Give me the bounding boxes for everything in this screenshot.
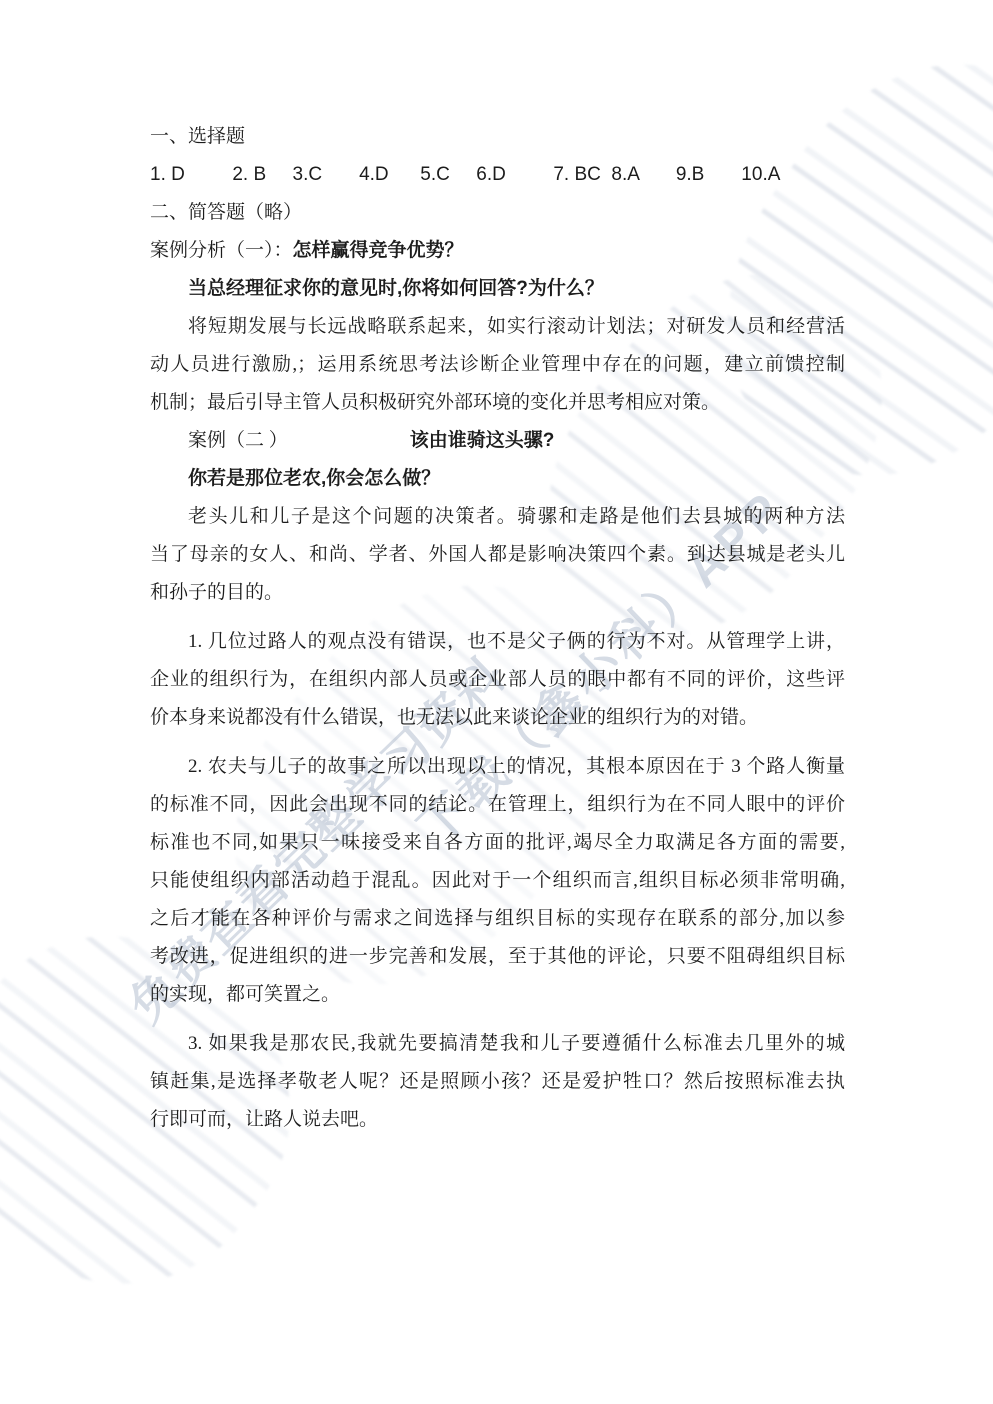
text-run: 价本身来说都没有什么错误，也无法以此来谈论企业的组织行为的对错。 — [150, 707, 758, 728]
text-run: 动人员进行激励,；运用系统思考法诊断企业管理中存在的问题，建立前馈控制 — [150, 354, 845, 375]
text-run: 只能使组织内部活动趋于混乱。因此对于一个组织而言,组织目标必须非常明确, — [150, 870, 845, 891]
body-line: 2. 农夫与儿子的故事之所以出现以上的情况，其根本原因在于 3 个路人衡量 — [150, 748, 845, 786]
text-run: 该由谁骑这头骡? — [410, 430, 555, 451]
text-run: 的标准不同，因此会出现不同的结论。在管理上，组织行为在不同人眼中的评价 — [150, 794, 845, 815]
body-line: 动人员进行激励,；运用系统思考法诊断企业管理中存在的问题，建立前馈控制 — [150, 346, 845, 384]
text-run: 一、选择题 — [150, 126, 245, 147]
body-line: 价本身来说都没有什么错误，也无法以此来谈论企业的组织行为的对错。 — [150, 699, 845, 737]
text-run: 企业的组织行为，在组织内部人员或企业部人员的眼中都有不同的评价，这些评 — [150, 669, 845, 690]
body-line: 考改进，促进组织的进一步完善和发展，至于其他的评论，只要不阻碍组织目标 — [150, 938, 845, 976]
body-line: 老头儿和儿子是这个问题的决策者。骑骡和走路是他们去县城的两种方法 — [150, 498, 845, 536]
text-run: 机制；最后引导主管人员积极研究外部环境的变化并思考相应对策。 — [150, 392, 720, 413]
text-run: 2. 农夫与儿子的故事之所以出现以上的情况，其根本原因在于 3 个路人衡量 — [188, 756, 845, 777]
body-line: 只能使组织内部活动趋于混乱。因此对于一个组织而言,组织目标必须非常明确, — [150, 862, 845, 900]
text-run: 将短期发展与长远战略联系起来，如实行滚动计划法；对研发人员和经营活 — [188, 316, 845, 337]
text-run: 1. D 2. B 3.C 4.D 5.C 6.D 7. BC 8.A 9.B … — [150, 164, 780, 185]
text-run: 行即可而，让路人说去吧。 — [150, 1109, 378, 1130]
text-run: 标准也不同,如果只一味接受来自各方面的批评,竭尽全力取满足各方面的需要, — [150, 832, 845, 853]
body-line: 1. 几位过路人的观点没有错误，也不是父子俩的行为不对。从管理学上讲， — [150, 623, 845, 661]
text-run: 和孙子的目的。 — [150, 582, 283, 603]
case-1-question: 当总经理征求你的意见时,你将如何回答?为什么？ — [150, 270, 845, 308]
text-run: 案例（二 ） — [188, 430, 288, 451]
body-line: 企业的组织行为，在组织内部人员或企业部人员的眼中都有不同的评价，这些评 — [150, 661, 845, 699]
text-run: 你若是那位老农,你会怎么做？ — [188, 468, 440, 489]
body-line: 将短期发展与长远战略联系起来，如实行滚动计划法；对研发人员和经营活 — [150, 308, 845, 346]
case-2-heading: 案例（二 ）该由谁骑这头骡? — [150, 422, 845, 460]
body-line: 之后才能在各种评价与需求之间选择与组织目标的实现存在联系的部分,加以参 — [150, 900, 845, 938]
text-run: 考改进，促进组织的进一步完善和发展，至于其他的评论，只要不阻碍组织目标 — [150, 946, 845, 967]
text-run: 当了母亲的女人、和尚、学者、外国人都是影响决策四个素。到达县城是老头儿 — [150, 544, 845, 565]
text-run: 3. 如果我是那农民,我就先要搞清楚我和儿子要遵循什么标准去几里外的城 — [188, 1033, 845, 1054]
body-line: 标准也不同,如果只一味接受来自各方面的批评,竭尽全力取满足各方面的需要, — [150, 824, 845, 862]
case-2-question: 你若是那位老农,你会怎么做？ — [150, 460, 845, 498]
text-run: 镇赶集,是选择孝敬老人呢？还是照顾小孩？还是爱护牲口？然后按照标准去执 — [150, 1071, 845, 1092]
document-body: 一、选择题1. D 2. B 3.C 4.D 5.C 6.D 7. BC 8.A… — [150, 118, 845, 1139]
body-line: 的标准不同，因此会出现不同的结论。在管理上，组织行为在不同人眼中的评价 — [150, 786, 845, 824]
text-run: 二、简答题（略） — [150, 202, 302, 223]
text-run: 老头儿和儿子是这个问题的决策者。骑骡和走路是他们去县城的两种方法 — [188, 506, 845, 527]
body-line: 3. 如果我是那农民,我就先要搞清楚我和儿子要遵循什么标准去几里外的城 — [150, 1025, 845, 1063]
text-run: 案例分析（一）： — [150, 240, 293, 261]
text-run: 1. 几位过路人的观点没有错误，也不是父子俩的行为不对。从管理学上讲， — [188, 631, 845, 652]
text-run: 当总经理征求你的意见时,你将如何回答?为什么？ — [188, 278, 604, 299]
body-line: 行即可而，让路人说去吧。 — [150, 1101, 845, 1139]
body-line: 镇赶集,是选择孝敬老人呢？还是照顾小孩？还是爱护牲口？然后按照标准去执 — [150, 1063, 845, 1101]
section-2-heading: 二、简答题（略） — [150, 194, 845, 232]
body-line: 的实现，都可笑置之。 — [150, 976, 845, 1014]
section-1-heading: 一、选择题 — [150, 118, 845, 156]
text-run: 的实现，都可笑置之。 — [150, 984, 340, 1005]
text-run: 之后才能在各种评价与需求之间选择与组织目标的实现存在联系的部分,加以参 — [150, 908, 845, 929]
body-line: 和孙子的目的。 — [150, 574, 845, 612]
body-line: 机制；最后引导主管人员积极研究外部环境的变化并思考相应对策。 — [150, 384, 845, 422]
body-line: 当了母亲的女人、和尚、学者、外国人都是影响决策四个素。到达县城是老头儿 — [150, 536, 845, 574]
document-page: 下载（鑫小科）APP 免费查看完整学习资料 一、选择题1. D 2. B 3.C… — [0, 0, 993, 1404]
text-run: 怎样赢得竞争优势？ — [293, 240, 464, 261]
case-1-heading: 案例分析（一）：怎样赢得竞争优势？ — [150, 232, 845, 270]
answer-key-row: 1. D 2. B 3.C 4.D 5.C 6.D 7. BC 8.A 9.B … — [150, 156, 845, 194]
